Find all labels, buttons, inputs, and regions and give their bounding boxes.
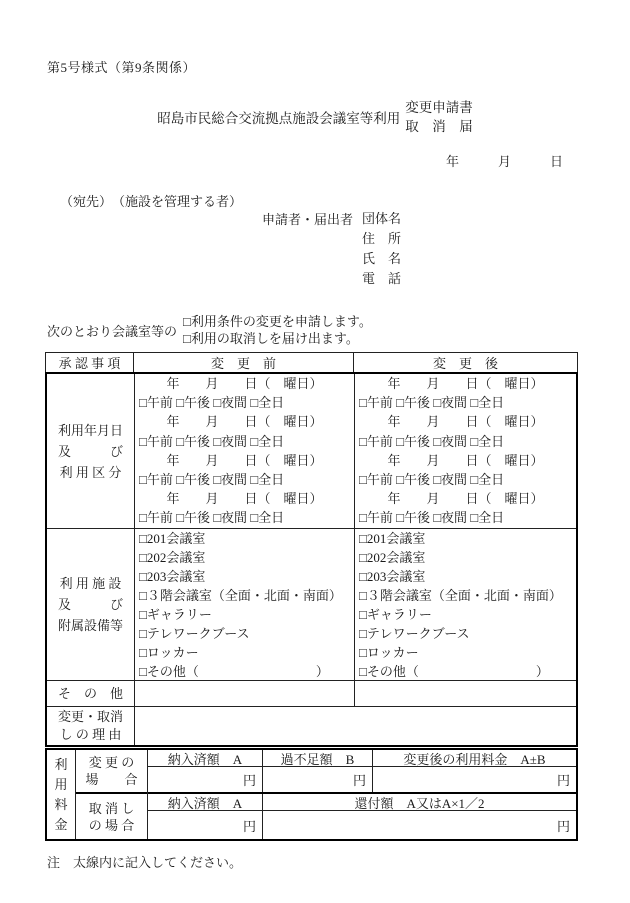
facility-item-checkbox[interactable]: □203会議室 bbox=[135, 567, 354, 586]
facility-item-checkbox[interactable]: □202会議室 bbox=[355, 548, 576, 567]
facility-item-checkbox[interactable]: □202会議室 bbox=[135, 548, 354, 567]
difference-header: 過不足額 B bbox=[263, 750, 373, 766]
applicant-phone-field[interactable]: 電 話 bbox=[362, 269, 401, 289]
usage-fee-table: 利 用 料 金 変 更 の 場 合 取 消 し の 場 合 納入済額 A 過不足… bbox=[45, 748, 578, 841]
refund-amount-header: 還付額 A又はA×1／2 bbox=[263, 794, 576, 810]
facility-item-checkbox[interactable]: □201会議室 bbox=[135, 529, 354, 548]
submission-date-field[interactable]: 年 月 日 bbox=[446, 151, 563, 170]
form-title-cancel-label: 取 消 届 bbox=[405, 117, 473, 136]
other-after-input[interactable] bbox=[355, 681, 576, 706]
application-form-page: 第5号様式（第9条関係） 昭島市民総合交流拠点施設会議室等利用 変更申請書 取 … bbox=[0, 0, 630, 903]
facility-item-checkbox[interactable]: □３階会議室（全面・北面・南面） bbox=[355, 586, 576, 605]
addressee-label: （宛先） （施設を管理する者） bbox=[60, 191, 242, 210]
form-title-main: 昭島市民総合交流拠点施設会議室等利用 bbox=[157, 107, 400, 127]
facility-item-checkbox[interactable]: □ギャラリー bbox=[355, 605, 576, 624]
applicant-address-field[interactable]: 住 所 bbox=[362, 229, 401, 249]
facilities-row: 利 用 施 設 及 び 附属設備等 □201会議室 □202会議室 □203会議… bbox=[47, 528, 576, 680]
paid-amount-header: 納入済額 A bbox=[148, 794, 263, 810]
facility-item-checkbox[interactable]: □201会議室 bbox=[355, 529, 576, 548]
facilities-after-cell[interactable]: □201会議室 □202会議室 □203会議室 □３階会議室（全面・北面・南面）… bbox=[355, 529, 576, 680]
usage-slot-checkboxes[interactable]: □午前 □午後 □夜間 □全日 bbox=[135, 508, 354, 527]
usage-slot-checkboxes[interactable]: □午前 □午後 □夜間 □全日 bbox=[355, 432, 576, 451]
usage-slot-checkboxes[interactable]: □午前 □午後 □夜間 □全日 bbox=[355, 508, 576, 527]
usage-date-line[interactable]: 年 月 日（ 曜日） bbox=[135, 412, 354, 431]
footnote: 注 太線内に記入してください。 bbox=[47, 852, 242, 871]
usage-slot-checkboxes[interactable]: □午前 □午後 □夜間 □全日 bbox=[135, 470, 354, 489]
declaration-options: □利用条件の変更を申請します。 □利用の取消しを届け出ます。 bbox=[183, 313, 372, 347]
declaration-lead: 次のとおり会議室等の bbox=[47, 321, 177, 340]
option-change-checkbox[interactable]: □利用条件の変更を申請します。 bbox=[183, 313, 372, 330]
applicant-org-field[interactable]: 団体名 bbox=[362, 209, 401, 229]
facility-item-checkbox[interactable]: □ギャラリー bbox=[135, 605, 354, 624]
facility-item-checkbox[interactable]: □203会議室 bbox=[355, 567, 576, 586]
fee-amounts: 納入済額 A 過不足額 B 変更後の利用料金 A±B 円 円 円 納入済額 A … bbox=[148, 750, 576, 839]
fee-cancel-section: 納入済額 A 還付額 A又はA×1／2 円 円 bbox=[148, 794, 576, 839]
other-row: そ の 他 bbox=[47, 680, 576, 706]
reason-label: 変更・取消 し の 理 由 bbox=[47, 707, 135, 745]
facility-item-checkbox[interactable]: □ロッカー bbox=[135, 643, 354, 662]
usage-date-label: 利用年月日 及 び 利 用 区 分 bbox=[47, 374, 135, 528]
applicant-block: 申請者・届出者 団体名 住 所 氏 名 電 話 bbox=[262, 209, 401, 289]
table-header-row: 承 認 事 項 変 更 前 変 更 後 bbox=[45, 352, 578, 373]
other-label: そ の 他 bbox=[47, 681, 135, 706]
fee-change-case-label: 変 更 の 場 合 bbox=[76, 750, 147, 794]
other-before-input[interactable] bbox=[135, 681, 355, 706]
difference-input[interactable]: 円 bbox=[263, 767, 373, 792]
facility-item-checkbox[interactable]: □テレワークブース bbox=[355, 624, 576, 643]
usage-date-line[interactable]: 年 月 日（ 曜日） bbox=[355, 412, 576, 431]
header-approval-items: 承 認 事 項 bbox=[46, 353, 134, 372]
form-title-type: 変更申請書 取 消 届 bbox=[405, 98, 473, 136]
facility-item-checkbox[interactable]: □その他（ ） bbox=[135, 662, 354, 681]
usage-date-line[interactable]: 年 月 日（ 曜日） bbox=[355, 489, 576, 508]
usage-slot-checkboxes[interactable]: □午前 □午後 □夜間 □全日 bbox=[135, 393, 354, 412]
usage-slot-checkboxes[interactable]: □午前 □午後 □夜間 □全日 bbox=[355, 470, 576, 489]
facility-item-checkbox[interactable]: □３階会議室（全面・北面・南面） bbox=[135, 586, 354, 605]
fee-change-section: 納入済額 A 過不足額 B 変更後の利用料金 A±B 円 円 円 bbox=[148, 750, 576, 794]
fee-change-values: 円 円 円 bbox=[148, 767, 576, 792]
usage-date-line[interactable]: 年 月 日（ 曜日） bbox=[355, 374, 576, 393]
table-body: 利用年月日 及 び 利 用 区 分 年 月 日（ 曜日） □午前 □午後 □夜間… bbox=[45, 372, 578, 747]
usage-before-cell[interactable]: 年 月 日（ 曜日） □午前 □午後 □夜間 □全日 年 月 日（ 曜日） □午… bbox=[135, 374, 355, 528]
header-after-change: 変 更 後 bbox=[354, 353, 577, 372]
usage-after-cell[interactable]: 年 月 日（ 曜日） □午前 □午後 □夜間 □全日 年 月 日（ 曜日） □午… bbox=[355, 374, 576, 528]
facility-item-checkbox[interactable]: □その他（ ） bbox=[355, 662, 576, 681]
facility-item-checkbox[interactable]: □ロッカー bbox=[355, 643, 576, 662]
new-fee-header: 変更後の利用料金 A±B bbox=[373, 750, 576, 766]
usage-date-line[interactable]: 年 月 日（ 曜日） bbox=[135, 489, 354, 508]
usage-date-line[interactable]: 年 月 日（ 曜日） bbox=[135, 374, 354, 393]
fee-cancel-values: 円 円 bbox=[148, 811, 576, 839]
fee-cancel-case-label: 取 消 し の 場 合 bbox=[76, 794, 147, 839]
reason-input[interactable] bbox=[135, 707, 576, 745]
fee-table-label: 利 用 料 金 bbox=[47, 750, 76, 839]
form-number: 第5号様式（第9条関係） bbox=[47, 57, 196, 76]
declaration-block: 次のとおり会議室等の □利用条件の変更を申請します。 □利用の取消しを届け出ます… bbox=[47, 313, 372, 347]
header-before-change: 変 更 前 bbox=[134, 353, 354, 372]
applicant-fields: 団体名 住 所 氏 名 電 話 bbox=[362, 209, 401, 289]
option-cancel-checkbox[interactable]: □利用の取消しを届け出ます。 bbox=[183, 330, 372, 347]
fee-cancel-headers: 納入済額 A 還付額 A又はA×1／2 bbox=[148, 794, 576, 811]
paid-amount-input[interactable]: 円 bbox=[148, 767, 263, 792]
approval-items-table: 承 認 事 項 変 更 前 変 更 後 利用年月日 及 び 利 用 区 分 年 … bbox=[45, 352, 578, 747]
usage-slot-checkboxes[interactable]: □午前 □午後 □夜間 □全日 bbox=[355, 393, 576, 412]
usage-date-row: 利用年月日 及 び 利 用 区 分 年 月 日（ 曜日） □午前 □午後 □夜間… bbox=[47, 374, 576, 528]
usage-slot-checkboxes[interactable]: □午前 □午後 □夜間 □全日 bbox=[135, 432, 354, 451]
reason-row: 変更・取消 し の 理 由 bbox=[47, 706, 576, 745]
usage-date-line[interactable]: 年 月 日（ 曜日） bbox=[355, 451, 576, 470]
applicant-name-field[interactable]: 氏 名 bbox=[362, 249, 401, 269]
applicant-label: 申請者・届出者 bbox=[262, 209, 353, 289]
fee-case-labels: 変 更 の 場 合 取 消 し の 場 合 bbox=[76, 750, 148, 839]
fee-change-headers: 納入済額 A 過不足額 B 変更後の利用料金 A±B bbox=[148, 750, 576, 767]
form-title: 昭島市民総合交流拠点施設会議室等利用 変更申請書 取 消 届 bbox=[0, 98, 630, 136]
facility-item-checkbox[interactable]: □テレワークブース bbox=[135, 624, 354, 643]
paid-amount-input[interactable]: 円 bbox=[148, 811, 263, 839]
facilities-label: 利 用 施 設 及 び 附属設備等 bbox=[47, 529, 135, 680]
facilities-before-cell[interactable]: □201会議室 □202会議室 □203会議室 □３階会議室（全面・北面・南面）… bbox=[135, 529, 355, 680]
paid-amount-header: 納入済額 A bbox=[148, 750, 263, 766]
usage-date-line[interactable]: 年 月 日（ 曜日） bbox=[135, 451, 354, 470]
form-title-change-label: 変更申請書 bbox=[405, 98, 473, 117]
refund-amount-input[interactable]: 円 bbox=[263, 811, 576, 839]
new-fee-input[interactable]: 円 bbox=[373, 767, 576, 792]
